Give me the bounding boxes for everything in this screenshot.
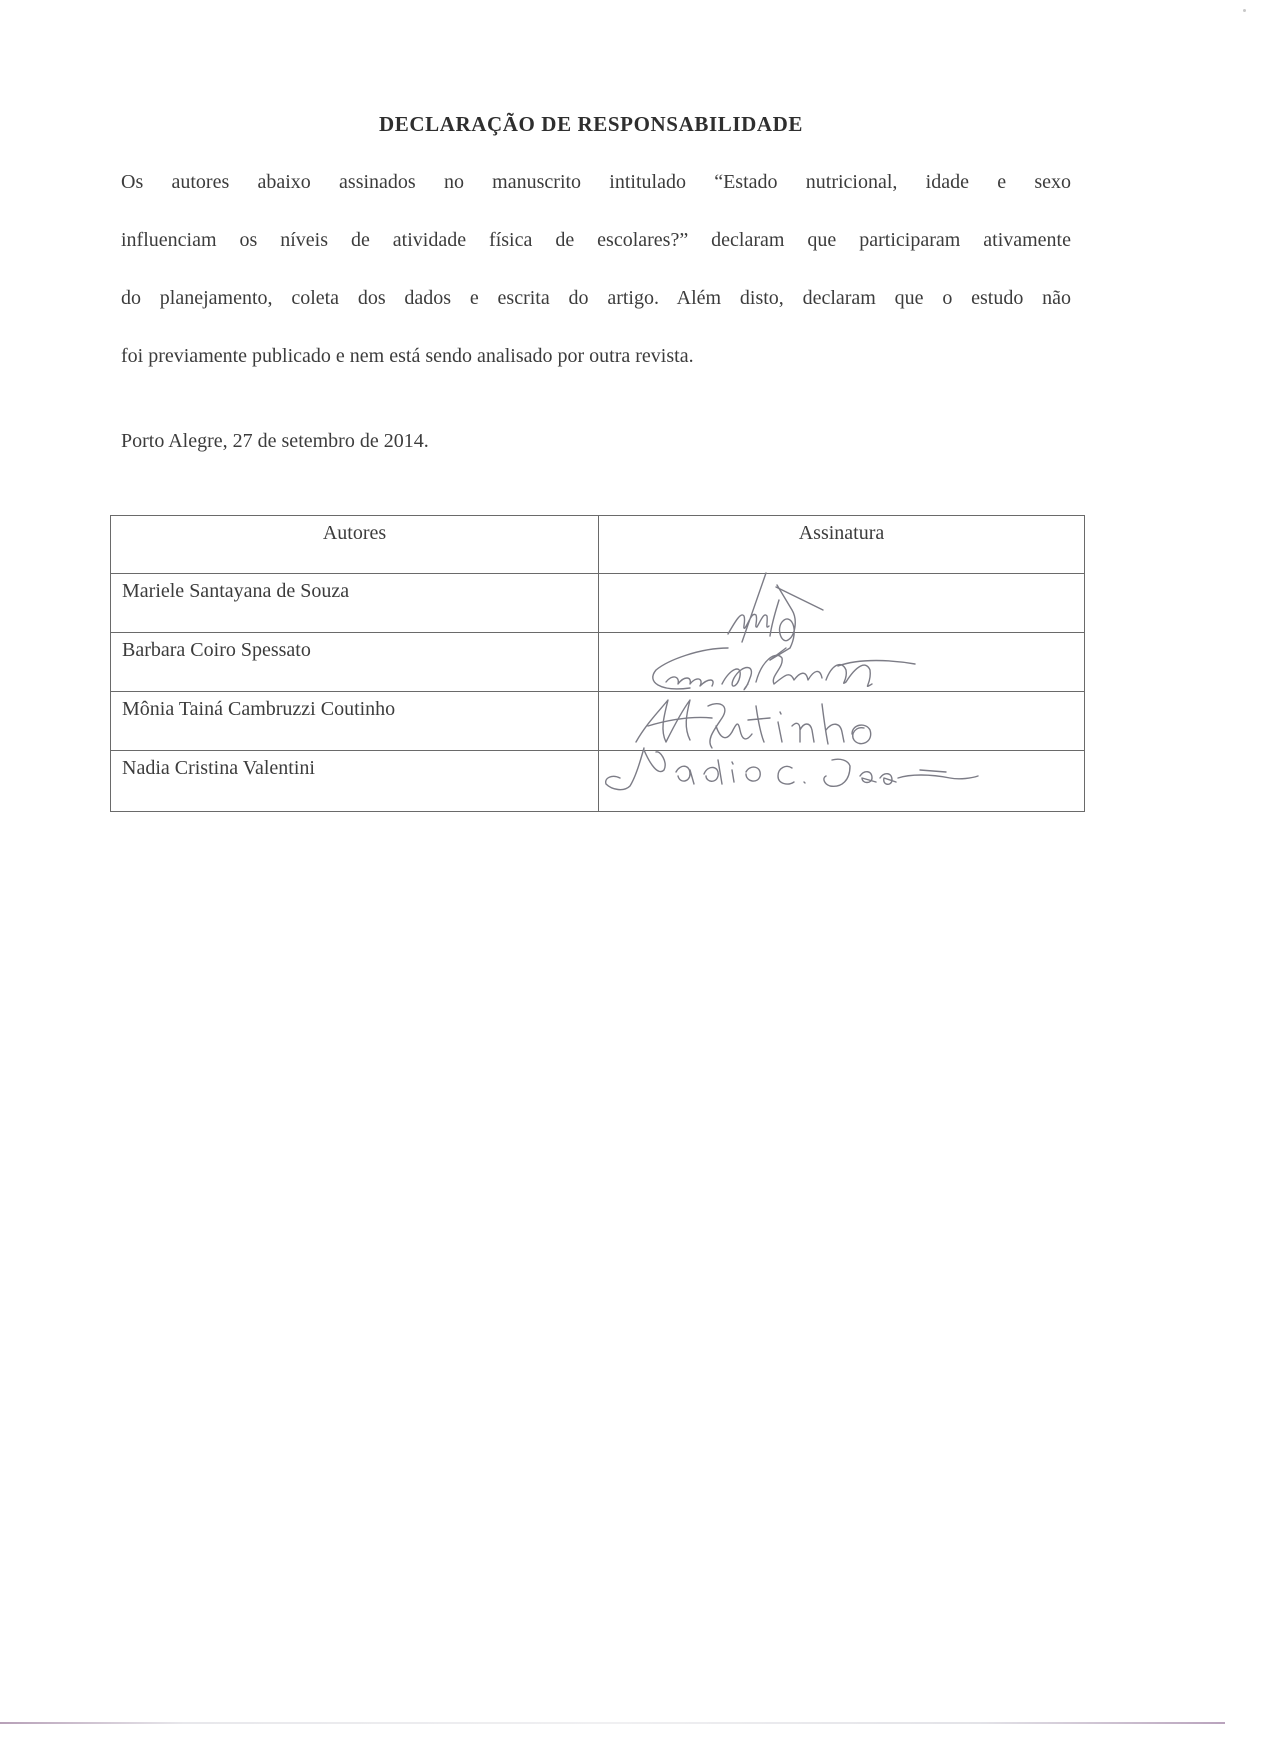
signature-cell — [599, 574, 1085, 633]
handwritten-signatures — [0, 0, 1264, 1752]
declaration-text-line-3: do planejamento, coleta dos dados e escr… — [121, 286, 1071, 310]
scan-speck — [1243, 9, 1246, 12]
declaration-text-line-2: influenciam os níveis de atividade físic… — [121, 228, 1071, 252]
page-title: DECLARAÇÃO DE RESPONSABILIDADE — [0, 112, 1182, 137]
author-name-cell: Mariele Santayana de Souza — [111, 574, 599, 633]
signature-cell — [599, 633, 1085, 692]
signature-cell — [599, 751, 1085, 812]
author-name-cell: Barbara Coiro Spessato — [111, 633, 599, 692]
column-header-authors: Autores — [111, 516, 599, 574]
signature-cell — [599, 692, 1085, 751]
scan-artifact-line — [0, 1722, 1225, 1724]
author-name-cell: Nadia Cristina Valentini — [111, 751, 599, 812]
declaration-text-line-4: foi previamente publicado e nem está sen… — [121, 344, 694, 368]
declaration-text-line-1: Os autores abaixo assinados no manuscrit… — [121, 170, 1071, 194]
authors-signature-table: Autores Assinatura Mariele Santayana de … — [110, 515, 1085, 812]
table-header-row: Autores Assinatura — [111, 516, 1085, 574]
place-and-date: Porto Alegre, 27 de setembro de 2014. — [121, 430, 429, 453]
table-row: Mônia Tainá Cambruzzi Coutinho — [111, 692, 1085, 751]
table-row: Mariele Santayana de Souza — [111, 574, 1085, 633]
table-row: Barbara Coiro Spessato — [111, 633, 1085, 692]
column-header-signature: Assinatura — [599, 516, 1085, 574]
author-name-cell: Mônia Tainá Cambruzzi Coutinho — [111, 692, 599, 751]
table-row: Nadia Cristina Valentini — [111, 751, 1085, 812]
